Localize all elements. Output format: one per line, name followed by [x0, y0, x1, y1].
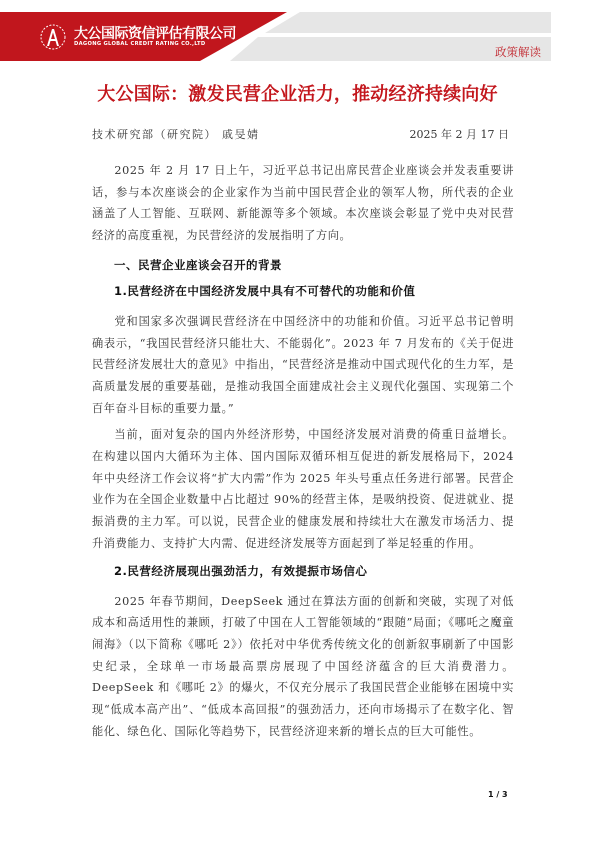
- page-number: 1 / 3: [488, 790, 508, 799]
- article-date: 2025 年 2 月 17 日: [410, 126, 509, 142]
- category-label: 政策解读: [495, 44, 541, 60]
- article-author: 技术研究部（研究院） 戚旻婧: [92, 126, 260, 142]
- page-header: 大公国际资信评估有限公司 DAGONG GLOBAL CREDIT RATING…: [0, 0, 595, 70]
- article-title: 大公国际：激发民营企业活力，推动经济持续向好: [0, 80, 595, 106]
- body-paragraph: 2025 年春节期间，DeepSeek 通过在算法方面的创新和突破，实现了对低成…: [92, 591, 514, 743]
- article-body: 2025 年 2 月 17 日上午，习近平总书记出席民营企业座谈会并发表重要讲话…: [92, 160, 514, 747]
- subsection-heading: 2.民营经济展现出强劲活力，有效提振市场信心: [92, 563, 514, 579]
- intro-paragraph: 2025 年 2 月 17 日上午，习近平总书记出席民营企业座谈会并发表重要讲话…: [92, 160, 514, 247]
- brand-name-cn: 大公国际资信评估有限公司: [74, 23, 236, 43]
- body-paragraph: 党和国家多次强调民营经济在中国经济中的功能和价值。习近平总书记曾明确表示，“我国…: [92, 311, 514, 420]
- section-heading: 一、民营企业座谈会召开的背景: [92, 257, 514, 273]
- dagong-logo-icon: [38, 22, 68, 52]
- body-paragraph: 当前，面对复杂的国内外经济形势，中国经济发展对消费的倚重日益增长。在构建以国内大…: [92, 424, 514, 554]
- brand-name-en: DAGONG GLOBAL CREDIT RATING CO.,LTD: [74, 41, 206, 47]
- subsection-heading: 1.民营经济在中国经济发展中具有不可替代的功能和价值: [92, 283, 514, 299]
